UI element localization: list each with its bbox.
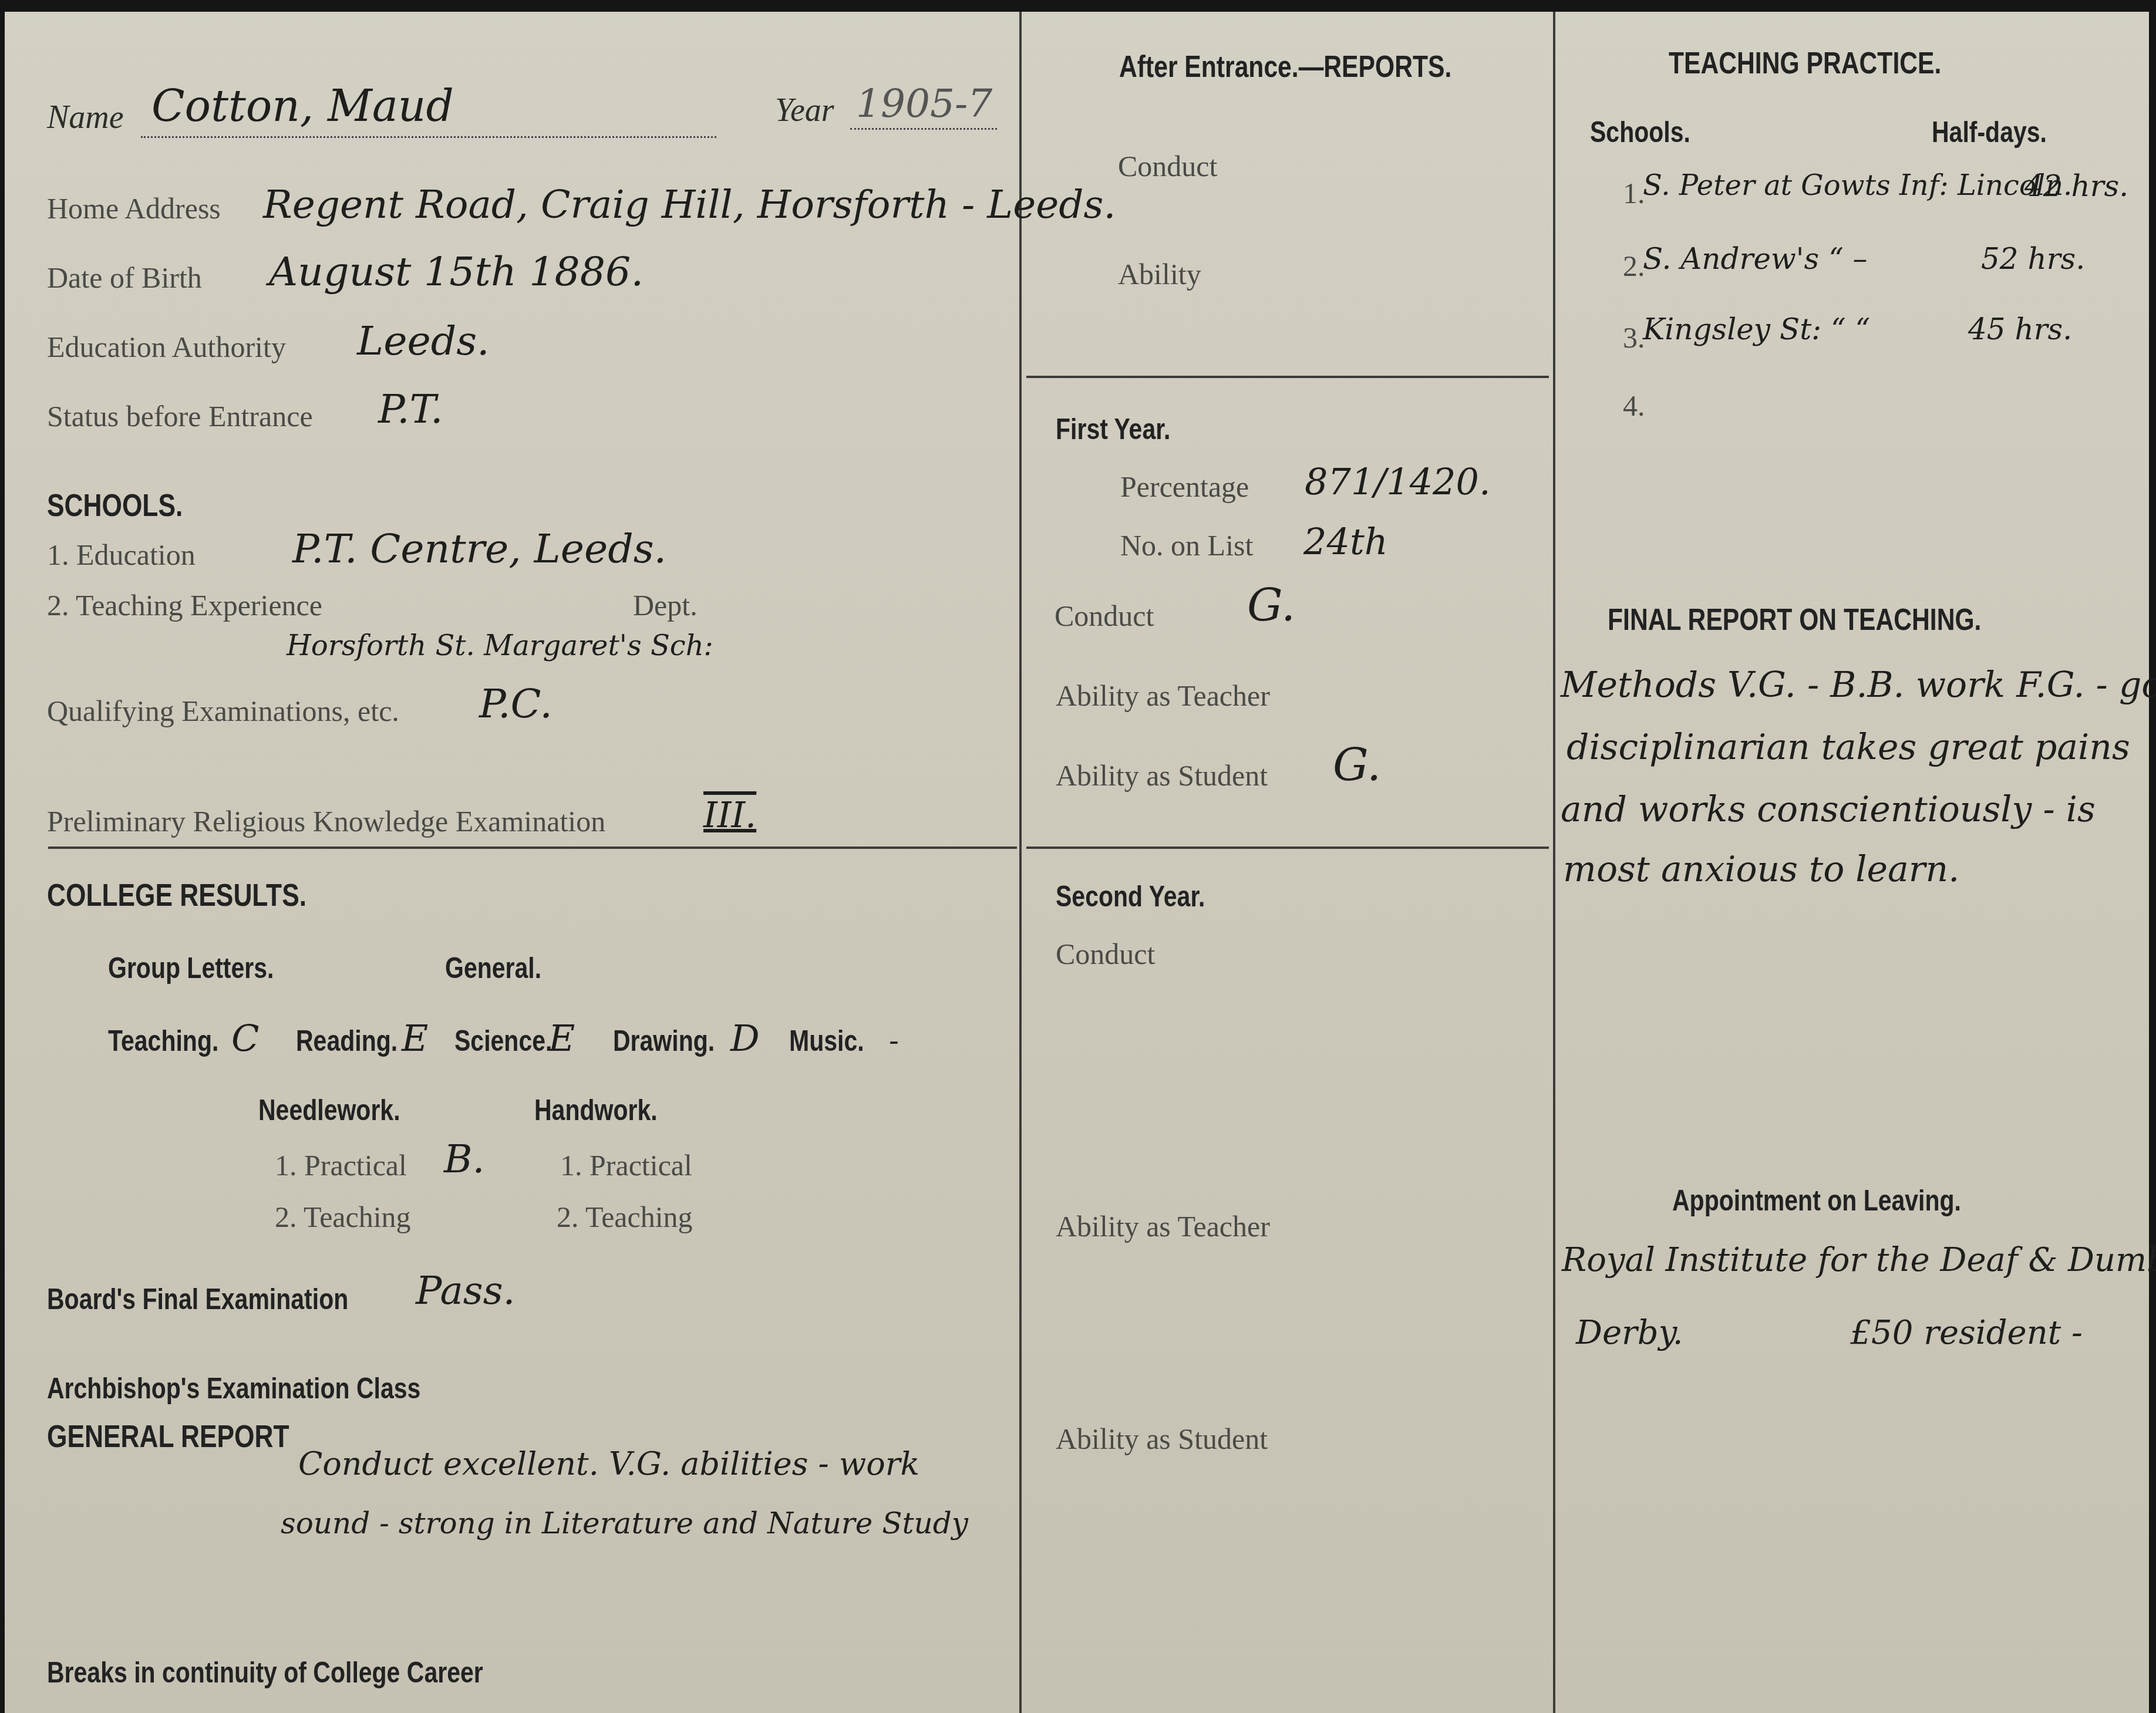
- name-line: [141, 136, 716, 138]
- final-report-line-4: most anxious to learn.: [1563, 849, 1959, 890]
- handwork-teaching-label: 2. Teaching: [557, 1200, 693, 1234]
- final-report-heading: FINAL REPORT ON TEACHING.: [1608, 602, 1981, 638]
- first-year-ability-teacher-label: Ability as Teacher: [1056, 679, 1270, 713]
- subject-science-label: Science.: [454, 1024, 551, 1058]
- first-year-conduct-value: G.: [1247, 579, 1295, 631]
- first-year-no-on-list-value: 24th: [1303, 520, 1388, 563]
- religious-knowledge-label: Preliminary Religious Knowledge Examinat…: [47, 804, 605, 838]
- first-year-ability-student-label: Ability as Student: [1056, 758, 1268, 793]
- first-year-heading: First Year.: [1056, 412, 1170, 446]
- subject-drawing-value: D: [730, 1017, 789, 1060]
- practice-row-2-num: 2.: [1623, 249, 1645, 283]
- education-authority-label: Education Authority: [47, 330, 286, 364]
- after-entrance-ability-label: Ability: [1118, 257, 1201, 291]
- religious-knowledge-value: III.: [703, 795, 756, 836]
- subject-music-value: -: [889, 1024, 899, 1058]
- education-authority-value: Leeds.: [357, 318, 490, 365]
- practice-row-1-num: 1.: [1623, 176, 1645, 210]
- section-divider-middle-lower: [1026, 847, 1549, 849]
- appointment-line-2: Derby. £50 resident -: [1576, 1314, 2083, 1352]
- college-results-heading: COLLEGE RESULTS.: [47, 877, 306, 913]
- name-value: Cotton, Maud: [151, 81, 454, 131]
- first-year-no-on-list-label: No. on List: [1120, 528, 1253, 562]
- qualifying-examinations-label: Qualifying Examinations, etc.: [47, 694, 399, 728]
- group-letters-row: Teaching. C Reading. E Science. E Drawin…: [108, 1017, 899, 1060]
- schools-heading: SCHOOLS.: [47, 487, 183, 524]
- practice-row-3-school: Kingsley St: “ “: [1643, 312, 1870, 346]
- after-entrance-conduct-label: Conduct: [1118, 149, 1217, 183]
- subject-teaching-value: C: [231, 1017, 296, 1060]
- teaching-experience-value: Horsforth St. Margaret's Sch:: [287, 629, 713, 662]
- status-before-entrance-label: Status before Entrance: [47, 399, 313, 433]
- schools-column-label: Schools.: [1590, 115, 1690, 149]
- practice-row-1-school: S. Peter at Gowts Inf: Lincoln.: [1643, 169, 2072, 202]
- needlework-practical-label: 1. Practical: [275, 1148, 407, 1182]
- general-report-line-2: sound - strong in Literature and Nature …: [281, 1506, 968, 1540]
- practice-row-1-half-days: 42 hrs.: [2024, 169, 2128, 203]
- boards-final-label: Board's Final Examination: [47, 1282, 348, 1316]
- practice-row-2-half-days: 52 hrs.: [1981, 242, 2085, 276]
- general-report-label: GENERAL REPORT: [47, 1418, 289, 1455]
- boards-final-value: Pass.: [416, 1268, 516, 1313]
- subject-reading-label: Reading.: [296, 1024, 397, 1058]
- handwork-label: Handwork.: [534, 1093, 658, 1127]
- practice-row-4-num: 4.: [1623, 389, 1645, 423]
- name-label: Name: [47, 99, 124, 136]
- subject-teaching-label: Teaching.: [108, 1024, 228, 1058]
- final-report-line-2: disciplinarian takes great pains: [1567, 727, 2130, 768]
- subject-science-value: E: [548, 1017, 613, 1060]
- group-letters-label: Group Letters.: [108, 951, 274, 985]
- first-year-percentage-value: 871/1420.: [1305, 460, 1491, 503]
- dept-label: Dept.: [633, 588, 698, 622]
- second-year-heading: Second Year.: [1056, 879, 1205, 913]
- appointment-heading: Appointment on Leaving.: [1672, 1183, 1961, 1218]
- teaching-practice-heading: TEACHING PRACTICE.: [1669, 46, 1941, 81]
- year-value: 1905-7: [856, 81, 992, 126]
- final-report-line-1: Methods V.G. - B.B. work F.G. - good: [1561, 665, 2156, 706]
- column-divider-right: [1553, 12, 1555, 1713]
- year-line: [850, 128, 997, 130]
- practice-row-3-half-days: 45 hrs.: [1968, 312, 2072, 346]
- handwork-practical-label: 1. Practical: [560, 1148, 692, 1182]
- practice-row-2-school: S. Andrew's “ –: [1643, 242, 1868, 276]
- section-divider-middle-upper: [1026, 376, 1549, 378]
- education-value: P.T. Centre, Leeds.: [292, 526, 666, 572]
- date-of-birth-value: August 15th 1886.: [269, 249, 644, 295]
- subject-drawing-label: Drawing.: [613, 1024, 724, 1058]
- practice-row-3-num: 3.: [1623, 321, 1645, 355]
- status-before-entrance-value: P.T.: [378, 386, 443, 433]
- half-days-column-label: Half-days.: [1932, 115, 2047, 149]
- second-year-ability-student-label: Ability as Student: [1056, 1422, 1268, 1456]
- appointment-line-1: Royal Institute for the Deaf & Dumb: [1562, 1241, 2156, 1279]
- education-label: 1. Education: [47, 538, 196, 572]
- qualifying-examinations-value: P.C.: [479, 681, 553, 727]
- second-year-ability-teacher-label: Ability as Teacher: [1056, 1209, 1270, 1243]
- second-year-conduct-label: Conduct: [1056, 937, 1155, 971]
- first-year-conduct-label: Conduct: [1055, 599, 1154, 633]
- teaching-experience-label: 2. Teaching Experience: [47, 588, 322, 622]
- year-label: Year: [775, 92, 834, 129]
- subject-music-label: Music.: [789, 1024, 871, 1058]
- needlework-teaching-label: 2. Teaching: [275, 1200, 411, 1234]
- breaks-in-continuity-label: Breaks in continuity of College Career: [47, 1655, 483, 1690]
- section-divider-left: [48, 847, 1017, 849]
- date-of-birth-label: Date of Birth: [47, 261, 202, 295]
- column-divider-left: [1019, 12, 1022, 1713]
- archbishop-exam-label: Archbishop's Examination Class: [47, 1371, 420, 1405]
- needlework-practical-value: B.: [444, 1137, 484, 1182]
- first-year-percentage-label: Percentage: [1120, 470, 1249, 504]
- subject-reading-value: E: [402, 1017, 454, 1060]
- final-report-line-3: and works conscientiously - is: [1561, 789, 2096, 830]
- reports-heading: After Entrance.—REPORTS.: [1119, 49, 1451, 85]
- home-address-label: Home Address: [47, 191, 221, 225]
- record-card: Name Cotton, Maud Year 1905-7 Home Addre…: [5, 12, 2149, 1713]
- general-label: General.: [445, 951, 541, 985]
- general-report-line-1: Conduct excellent. V.G. abilities - work: [298, 1445, 919, 1482]
- home-address-value: Regent Road, Craig Hill, Horsforth - Lee…: [263, 182, 1116, 227]
- first-year-ability-student-value: G.: [1333, 739, 1381, 791]
- needlework-label: Needlework.: [258, 1093, 400, 1127]
